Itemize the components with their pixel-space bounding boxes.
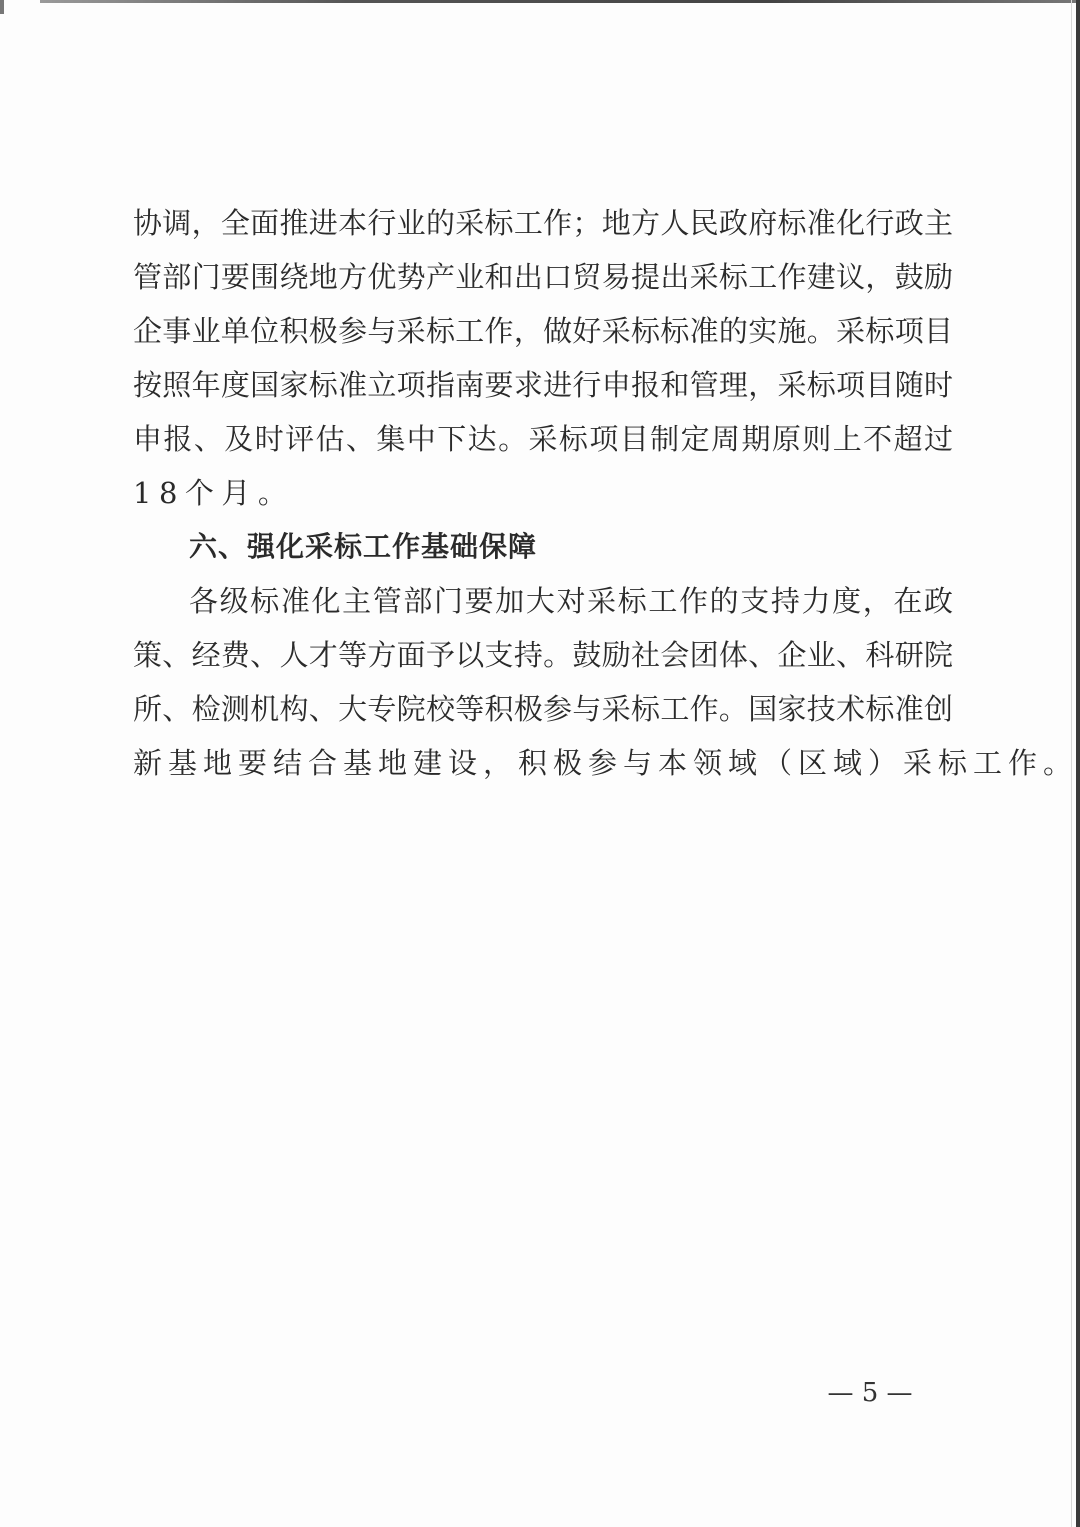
document-page: 协调，全面推进本行业的采标工作；地方人民政府标准化行政主 管部门要围绕地方优势产…	[0, 0, 1080, 1527]
section-heading: 六、强化采标工作基础保障	[133, 520, 953, 574]
section-six-paragraph: 各级标准化主管部门要加大对采标工作的支持力度，在政 策、经费、人才等方面予以支持…	[133, 574, 953, 790]
text-line: 新基地要结合基地建设，积极参与本领域（区域）采标工作。	[133, 736, 953, 790]
text-line: 按照年度国家标准立项指南要求进行申报和管理，采标项目随时	[133, 358, 953, 412]
text-line: 申报、及时评估、集中下达。采标项目制定周期原则上不超过	[133, 412, 953, 466]
body-text: 协调，全面推进本行业的采标工作；地方人民政府标准化行政主 管部门要围绕地方优势产…	[133, 196, 953, 790]
scan-edge-top	[40, 0, 1080, 3]
page-number: — 5 —	[820, 1378, 920, 1408]
paragraph-continued: 协调，全面推进本行业的采标工作；地方人民政府标准化行政主 管部门要围绕地方优势产…	[133, 196, 953, 520]
text-line: 协调，全面推进本行业的采标工作；地方人民政府标准化行政主	[133, 196, 953, 250]
scan-edge-mark	[0, 0, 4, 14]
text-line: 各级标准化主管部门要加大对采标工作的支持力度，在政	[133, 574, 953, 628]
text-line: 策、经费、人才等方面予以支持。鼓励社会团体、企业、科研院	[133, 628, 953, 682]
text-line: 18个月。	[133, 466, 953, 520]
text-line: 管部门要围绕地方优势产业和出口贸易提出采标工作建议，鼓励	[133, 250, 953, 304]
text-line: 企事业单位积极参与采标工作，做好采标标准的实施。采标项目	[133, 304, 953, 358]
text-line: 所、检测机构、大专院校等积极参与采标工作。国家技术标准创	[133, 682, 953, 736]
